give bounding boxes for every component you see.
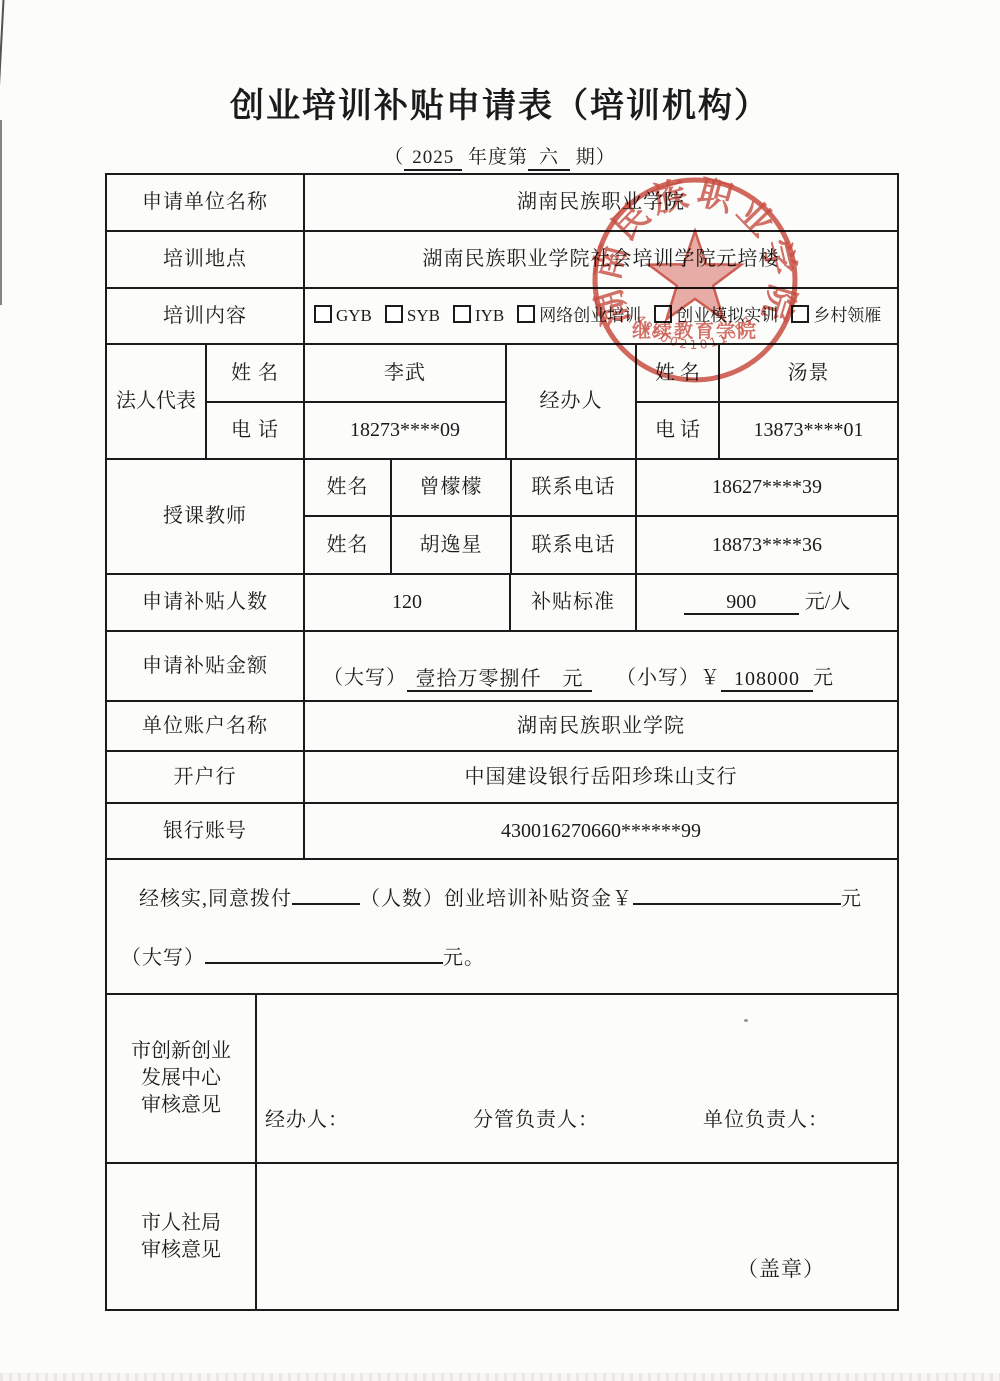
checkbox-option-simulation: 创业模拟实训 (654, 305, 778, 328)
headcount-value: 120 (305, 575, 511, 632)
checkbox-rural-leader[interactable] (791, 305, 809, 323)
agent-name: 汤景 (720, 345, 897, 403)
teacher1-name: 曾檬檬 (392, 460, 512, 517)
teacher2-name: 胡逸星 (392, 517, 512, 575)
teacher2-name-label: 姓名 (305, 517, 392, 575)
checkbox-gyb[interactable] (314, 305, 332, 323)
agent-name-label: 姓 名 (637, 345, 720, 403)
teachers-label: 授课教师 (107, 460, 305, 575)
agent-phone: 13873****01 (720, 403, 897, 460)
approval-amount-blank[interactable] (633, 903, 841, 905)
teacher2-phone-label: 联系电话 (512, 517, 637, 575)
seal-note: （盖章） (737, 1255, 825, 1283)
account-no-label: 银行账号 (107, 804, 305, 860)
checkbox-network-training[interactable] (517, 305, 535, 323)
page-subtitle: （2025 年度第六 期） (0, 142, 1000, 171)
bank-value: 中国建设银行岳阳珍珠山支行 (305, 752, 897, 804)
amount-num-prefix: （小写）￥ (616, 665, 721, 692)
standard-value-group: 900 元/人 (637, 575, 897, 632)
account-no-value: 430016270660******99 (305, 804, 897, 860)
amount-cap-prefix: （大写） (323, 665, 407, 692)
amount-label: 申请补贴金额 (107, 632, 305, 702)
legal-rep-phone: 18273****09 (305, 403, 507, 460)
bureau-review-label: 市人社局 审核意见 (107, 1164, 257, 1309)
center-review-area: 经办人： 分管负责人： 单位负责人： (257, 995, 897, 1164)
content-options: GYB SYB IYB 网络创业培训 创业模拟实训 乡村领雁 (305, 289, 897, 345)
amount-cap-value: 壹拾万零捌仟 元 (407, 668, 592, 692)
scan-bottom-noise (0, 1373, 1000, 1381)
location-value: 湖南民族职业学院社会培训学院元培楼 (305, 232, 897, 289)
amount-num-value: 108000 (721, 668, 813, 692)
checkbox-option-syb: SYB (385, 305, 440, 328)
content-label: 培训内容 (107, 289, 305, 345)
subtitle-prefix: （ (384, 147, 404, 168)
checkbox-iyb[interactable] (453, 305, 471, 323)
agent-label: 经办人 (507, 345, 637, 460)
approval-section: 经核实,同意拨付（人数）创业培训补贴资金￥元 （大写）元。 (107, 860, 897, 995)
checkbox-option-iyb: IYB (453, 305, 504, 328)
subtitle-term: 六 (528, 148, 570, 171)
standard-value: 900 (684, 591, 799, 615)
location-label: 培训地点 (107, 232, 305, 289)
account-name-value: 湖南民族职业学院 (305, 702, 897, 752)
application-form-table: 申请单位名称 湖南民族职业学院 培训地点 湖南民族职业学院社会培训学院元培楼 培… (105, 173, 899, 1311)
legal-rep-label: 法人代表 (107, 345, 207, 460)
center-review-supervisor-sig: 分管负责人： (473, 1107, 599, 1134)
bank-label: 开户行 (107, 752, 305, 804)
checkbox-option-network: 网络创业培训 (517, 305, 641, 328)
teacher2-phone: 18873****36 (637, 517, 897, 575)
approval-line2: （大写）元。 (121, 945, 885, 972)
amount-num-unit: 元 (813, 665, 834, 692)
teacher1-phone-label: 联系电话 (512, 460, 637, 517)
checkbox-option-gyb: GYB (314, 305, 372, 328)
approval-headcount-blank[interactable] (292, 903, 360, 905)
standard-unit: 元/人 (805, 589, 851, 616)
agent-phone-label: 电 话 (637, 403, 720, 460)
center-review-handler-sig: 经办人： (265, 1107, 349, 1134)
checkbox-option-rural: 乡村领雁 (791, 305, 881, 328)
teacher1-phone: 18627****39 (637, 460, 897, 517)
teacher1-name-label: 姓名 (305, 460, 392, 517)
checkbox-simulation-training[interactable] (654, 305, 672, 323)
account-name-label: 单位账户名称 (107, 702, 305, 752)
checkbox-syb[interactable] (385, 305, 403, 323)
headcount-label: 申请补贴人数 (107, 575, 305, 632)
subtitle-mid: 年度第 (468, 147, 528, 168)
approval-capital-blank[interactable] (205, 962, 443, 964)
approval-line1: 经核实,同意拨付（人数）创业培训补贴资金￥元 (139, 886, 885, 913)
amount-value-group: （大写） 壹拾万零捌仟 元 （小写）￥ 108000 元 (305, 632, 897, 702)
applicant-label: 申请单位名称 (107, 175, 305, 232)
legal-rep-phone-label: 电 话 (207, 403, 305, 460)
subtitle-suffix: 期） (576, 147, 616, 168)
legal-rep-name-label: 姓 名 (207, 345, 305, 403)
standard-label: 补贴标准 (511, 575, 637, 632)
applicant-value: 湖南民族职业学院 (305, 175, 897, 232)
center-review-head-sig: 单位负责人： (703, 1107, 829, 1134)
bureau-review-area: （盖章） (257, 1164, 897, 1309)
center-review-label: 市创新创业 发展中心 审核意见 (107, 995, 257, 1164)
page-title: 创业培训补贴申请表（培训机构） (0, 78, 1000, 127)
subtitle-year: 2025 (404, 148, 462, 171)
legal-rep-name: 李武 (305, 345, 507, 403)
